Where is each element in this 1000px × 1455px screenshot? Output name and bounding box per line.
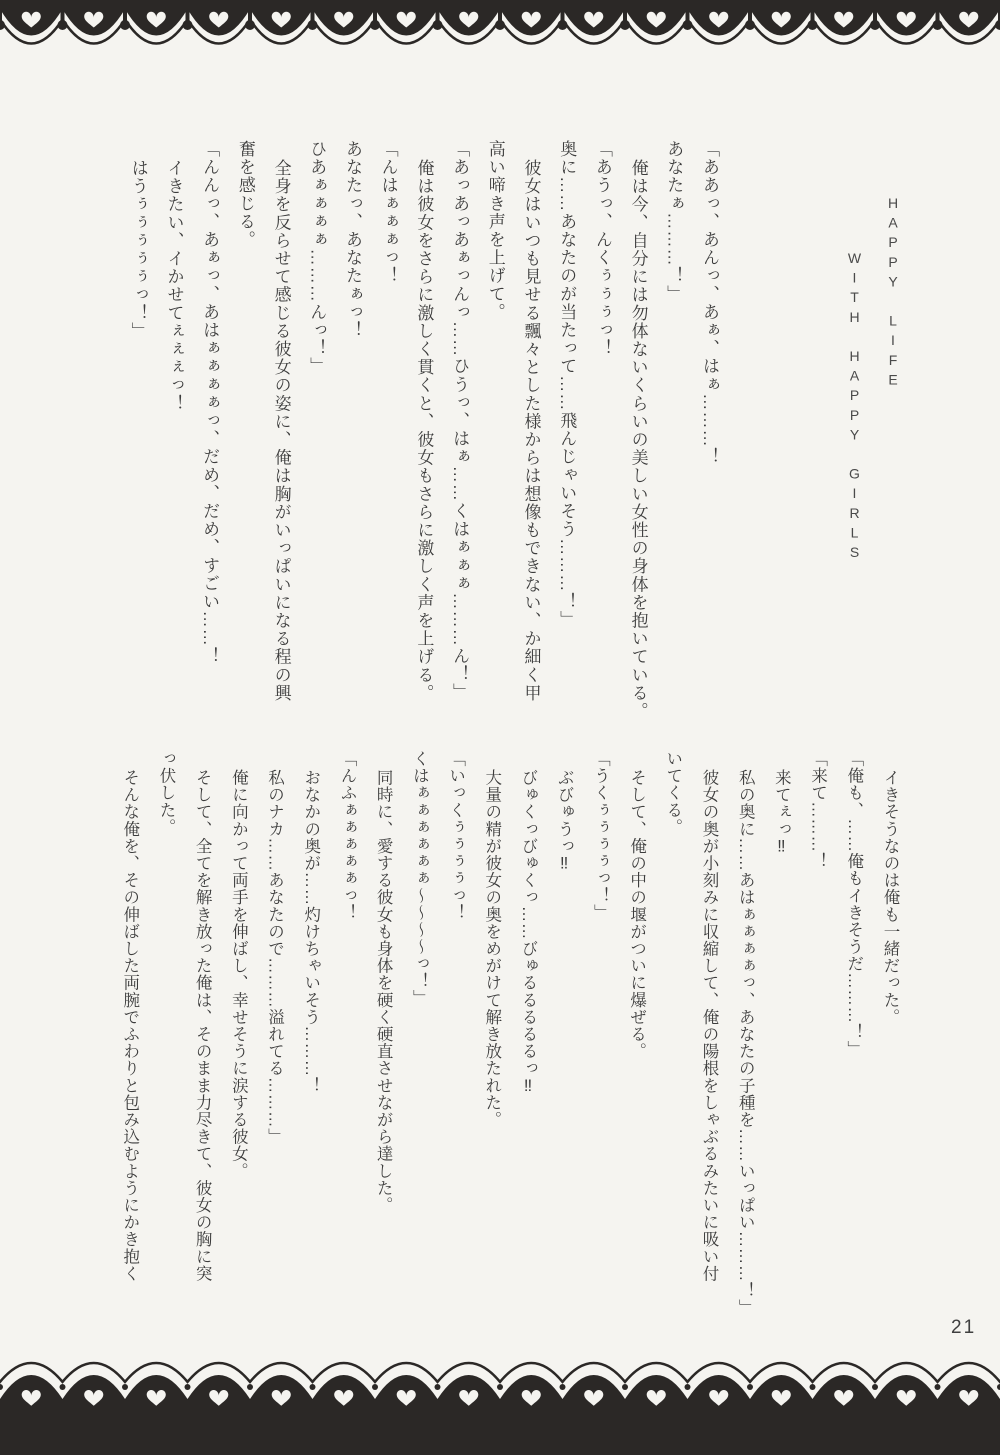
text-column: 「んはぁぁぁっ！ bbox=[370, 140, 406, 722]
top-lace-border bbox=[0, 0, 1000, 52]
text-column: 来てぇっ‼ bbox=[763, 750, 799, 1320]
text-column: 同時に、愛する彼女も身体を硬く硬直させながら達した。 bbox=[365, 750, 401, 1320]
text-column: 奮を感じる。 bbox=[227, 140, 263, 722]
story-title-line2: WITH HAPPY GIRLS bbox=[835, 195, 874, 564]
text-column: くはぁぁぁぁぁぁ〜〜〜〜っ！」 bbox=[401, 750, 437, 1320]
text-column: 「あうっ、んくぅぅぅっ！ bbox=[584, 140, 620, 722]
text-column: 「来て………！ bbox=[799, 750, 835, 1320]
bottom-text-block: イきそうなのは俺も一緒だった。「俺も、……俺もイきそうだ………！」「来て………！… bbox=[112, 750, 908, 1320]
text-column: びゅくっびゅくっ……びゅるるるるるっ‼ bbox=[510, 750, 546, 1320]
text-column: 彼女の奥が小刻みに収縮して、俺の陽根をしゃぶるみたいに吸い付 bbox=[691, 750, 727, 1320]
text-column: 高い啼き声を上げて。 bbox=[477, 140, 513, 722]
top-text-block: 「ああっ、あんっ、あぁ、はぁ………！あなたぁ………！」俺は今、自分には勿体ないく… bbox=[120, 140, 727, 722]
text-column: 俺に向かって両手を伸ばし、幸せそうに涙する彼女。 bbox=[220, 750, 256, 1320]
text-column: 「俺も、……俺もイきそうだ………！」 bbox=[836, 750, 872, 1320]
text-column: おなかの奥が……灼けちゃいそう………！ bbox=[293, 750, 329, 1320]
text-column: イきたい、イかせてぇぇぇっ！ bbox=[156, 140, 192, 722]
bottom-lace-border bbox=[0, 1355, 1000, 1455]
text-column: はうぅぅぅぅぅっ！」 bbox=[120, 140, 156, 722]
text-column: 私の奥に……あはぁぁぁぁっ、あなたの子種を……いっぱい………！」 bbox=[727, 750, 763, 1320]
text-column: イきそうなのは俺も一緒だった。 bbox=[872, 750, 908, 1320]
story-title: HAPPY LIFE WITH HAPPY GIRLS bbox=[835, 195, 912, 564]
text-column: ぶびゅうっ‼ bbox=[546, 750, 582, 1320]
text-column: 「ああっ、あんっ、あぁ、はぁ………！ bbox=[691, 140, 727, 722]
text-column: 「んんっ、あぁっ、あはぁぁぁぁっ、だめ、だめ、すごい……！ bbox=[191, 140, 227, 722]
text-column: いてくる。 bbox=[655, 750, 691, 1320]
text-column: 大量の精が彼女の奥をめがけて解き放たれた。 bbox=[474, 750, 510, 1320]
text-column: そんな俺を、その伸ばした両腕でふわりと包み込むようにかき抱く bbox=[112, 750, 148, 1320]
text-column: 「うくぅぅぅぅっ！」 bbox=[582, 750, 618, 1320]
text-column: 俺は彼女をさらに激しく貫くと、彼女もさらに激しく声を上げる。 bbox=[406, 140, 442, 722]
text-column: 「んふぁぁぁぁぁっ！ bbox=[329, 750, 365, 1320]
story-title-line1: HAPPY LIFE bbox=[874, 195, 913, 564]
text-column: 「あっあっあぁっんっ……ひうっ、はぁ……くはぁぁぁ………ん！」 bbox=[441, 140, 477, 722]
text-column: そして、俺の中の堰がついに爆ぜる。 bbox=[618, 750, 654, 1320]
text-column: あなたっ、あなたぁっ！ bbox=[334, 140, 370, 722]
text-column: あなたぁ………！」 bbox=[656, 140, 692, 722]
text-column: っ伏した。 bbox=[148, 750, 184, 1320]
text-column: 彼女はいつも見せる飄々とした様からは想像もできない、か細く甲 bbox=[513, 140, 549, 722]
page-number: 21 bbox=[951, 1317, 976, 1339]
text-column: 奥に……あなたのが当たって……飛んじゃいそう………！」 bbox=[548, 140, 584, 722]
text-column: 私のナカ……あなたので………溢れてる………」 bbox=[256, 750, 292, 1320]
text-column: 「いっくぅぅぅぅっ！ bbox=[437, 750, 473, 1320]
text-column: ひあぁぁぁぁ………んっ！」 bbox=[299, 140, 335, 722]
text-column: 俺は今、自分には勿体ないくらいの美しい女性の身体を抱いている。 bbox=[620, 140, 656, 722]
text-column: そして、全てを解き放った俺は、そのまま力尽きて、彼女の胸に突 bbox=[184, 750, 220, 1320]
text-column: 全身を反らせて感じる彼女の姿に、俺は胸がいっぱいになる程の興 bbox=[263, 140, 299, 722]
